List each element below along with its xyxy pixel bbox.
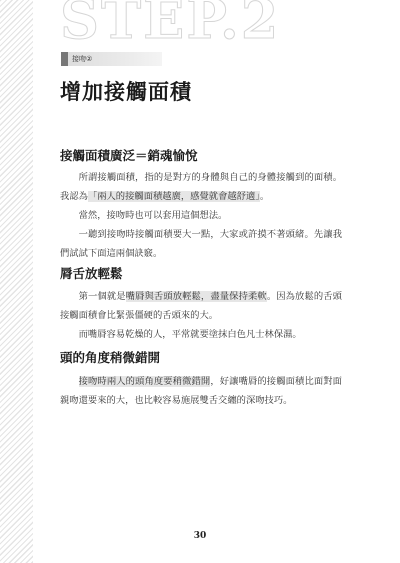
paragraph: 一聽到接吻時接觸面積要大一點，大家或許摸不著頭緒。先讓我們試試下面這兩個訣竅。 <box>60 225 342 263</box>
paragraph: 而嘴脣容易乾燥的人，平常就要塗抹白色凡士林保濕。 <box>60 325 342 344</box>
step-watermark: STEP.2 <box>60 0 280 46</box>
highlighted-text: 「兩人的接觸面積越廣，感覺就會越舒適」 <box>88 191 260 202</box>
text: 。 <box>260 191 269 202</box>
paragraph: 當然，接吻時也可以套用這個想法。 <box>60 206 342 225</box>
highlighted-text: 接吻時兩人的頭角度要稍微錯開 <box>79 376 211 387</box>
tag-label: 接吻② <box>72 54 92 64</box>
section-body: 接吻時兩人的頭角度要稍微錯開，好讓嘴脣的接觸面積比面對面親吻還要來的大，也比較容… <box>60 372 342 410</box>
highlighted-text: 嘴脣與舌頭放輕鬆，盡量保持柔軟 <box>126 291 267 302</box>
decorative-stripe-band <box>0 0 33 563</box>
section-heading: 接觸面積廣泛＝銷魂愉悅 <box>60 146 198 164</box>
section-heading: 脣舌放輕鬆 <box>60 264 123 282</box>
page-title: 增加接觸面積 <box>60 76 192 106</box>
section-heading: 頭的角度稍微錯開 <box>60 348 160 366</box>
section-body: 第一個就是嘴脣與舌頭放輕鬆，盡量保持柔軟。因為放鬆的舌頭接觸面積會比緊張僵硬的舌… <box>60 287 342 344</box>
text: 第一個就是 <box>79 291 126 302</box>
tag-marker <box>61 52 68 66</box>
section-body: 所謂接觸面積，指的是對方的身體與自己的身體接觸到的面積。我認為「兩人的接觸面積越… <box>60 168 342 263</box>
paragraph: 接吻時兩人的頭角度要稍微錯開，好讓嘴脣的接觸面積比面對面親吻還要來的大，也比較容… <box>60 372 342 410</box>
paragraph: 所謂接觸面積，指的是對方的身體與自己的身體接觸到的面積。我認為「兩人的接觸面積越… <box>60 168 342 206</box>
paragraph: 第一個就是嘴脣與舌頭放輕鬆，盡量保持柔軟。因為放鬆的舌頭接觸面積會比緊張僵硬的舌… <box>60 287 342 325</box>
page-number: 30 <box>0 531 400 541</box>
chapter-tag: 接吻② <box>61 52 162 66</box>
